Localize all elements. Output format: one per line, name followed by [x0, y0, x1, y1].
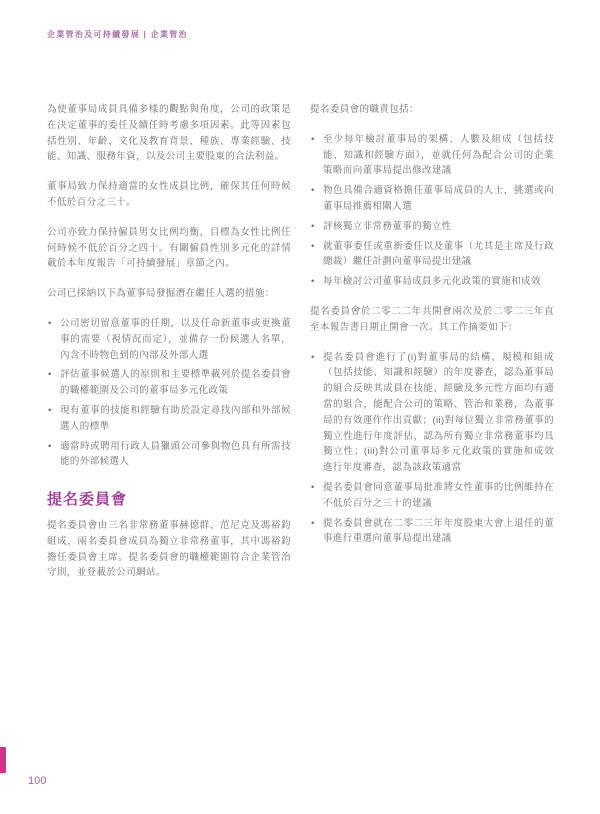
list-item-text: 至少每年檢討董事局的架構、人數及組成（包括技能、知識和經驗方面），並就任何為配合…: [323, 134, 554, 177]
paragraph-meetings: 提名委員會於二零二二年共開會兩次及於二零二三年直至本報告書日期止開會一次。其工作…: [310, 304, 554, 336]
list-item-text: 提名委員會就在二零二三年年度股東大會上退任的董事進行重選向董事局提出建議: [323, 518, 554, 545]
paragraph-duties-intro: 提名委員會的職責包括：: [310, 102, 554, 118]
list-item: 就董事委任或重新委任以及董事（尤其是主席及行政總裁）繼任計劃向董事局提出建議: [310, 239, 554, 271]
accent-bar: [0, 747, 6, 773]
page-content: 為使董事局成員具備多樣的觀點與角度，公司的政策是在決定董事的委任及續任時考慮多項…: [47, 102, 554, 595]
list-item: 至少每年檢討董事局的架構、人數及組成（包括技能、知識和經驗方面），並就任何為配合…: [310, 132, 554, 179]
list-item-text: 提名委員會進行了(i)對董事局的結構、規模和組成（包括技能、知識和經驗）的年度審…: [323, 352, 554, 474]
list-item-text: 適當時或聘用行政人員獵頭公司參與物色具有所需技能的外部候選人: [60, 441, 291, 468]
list-item: 提名委員會進行了(i)對董事局的結構、規模和組成（包括技能、知識和經驗）的年度審…: [310, 350, 554, 476]
list-item-text: 就董事委任或重新委任以及董事（尤其是主席及行政總裁）繼任計劃向董事局提出建議: [323, 241, 554, 268]
list-item-text: 評估董事候選人的原則和主要標準載列於提名委員會的職權範圍及公司的董事局多元化政策: [60, 369, 291, 396]
right-column: 提名委員會的職責包括： 至少每年檢討董事局的架構、人數及組成（包括技能、知識和經…: [310, 102, 554, 595]
list-item-text: 物色具備合適資格擔任董事局成員的人士，挑選或向董事局推薦相關人選: [323, 185, 554, 212]
work-summary-list: 提名委員會進行了(i)對董事局的結構、規模和組成（包括技能、知識和經驗）的年度審…: [310, 350, 554, 548]
list-item-text: 每年檢討公司董事局成員多元化政策的實施和成效: [323, 276, 541, 287]
paragraph-succession-intro: 公司已採納以下為董事局發掘潛在繼任人選的措施：: [47, 286, 291, 302]
list-item: 評核獨立非常務董事的獨立性: [310, 219, 554, 235]
paragraph-employee-gender-balance: 公司亦致力保持僱員男女比例均衡，目標為女性比例任何時候不低於百分之四十。有關僱員…: [47, 225, 291, 272]
page-header: 企業管治及可持續發展 | 企業管治: [47, 29, 188, 40]
list-item-text: 公司密切留意董事的任期，以及任命新董事或更換董事的需要（視情況而定），並備存一份…: [60, 318, 291, 361]
left-column: 為使董事局成員具備多樣的觀點與角度，公司的政策是在決定董事的委任及續任時考慮多項…: [47, 102, 291, 595]
header-breadcrumb: 企業管治及可持續發展 | 企業管治: [47, 30, 188, 39]
list-item: 物色具備合適資格擔任董事局成員的人士，挑選或向董事局推薦相關人選: [310, 183, 554, 215]
section-heading-nomination-committee: 提名委員會: [47, 492, 291, 508]
duties-list: 至少每年檢討董事局的架構、人數及組成（包括技能、知識和經驗方面），並就任何為配合…: [310, 132, 554, 290]
list-item-text: 評核獨立非常務董事的獨立性: [323, 221, 452, 232]
page-number: 100: [28, 775, 46, 787]
list-item: 提名委員會同意董事局批准將女性董事的比例維持在不低於百分之三十的建議: [310, 480, 554, 512]
list-item: 適當時或聘用行政人員獵頭公司參與物色具有所需技能的外部候選人: [47, 439, 291, 471]
list-item: 公司密切留意董事的任期，以及任命新董事或更換董事的需要（視情況而定），並備存一份…: [47, 316, 291, 363]
list-item-text: 現有董事的技能和經驗有助於設定尋找內部和外部候選人的標準: [60, 405, 291, 432]
list-item: 評估董事候選人的原則和主要標準載列於提名委員會的職權範圍及公司的董事局多元化政策: [47, 367, 291, 399]
list-item-text: 提名委員會同意董事局批准將女性董事的比例維持在不低於百分之三十的建議: [323, 482, 554, 509]
succession-measures-list: 公司密切留意董事的任期，以及任命新董事或更換董事的需要（視情況而定），並備存一份…: [47, 316, 291, 470]
report-page: 企業管治及可持續發展 | 企業管治 為使董事局成員具備多樣的觀點與角度，公司的政…: [0, 0, 600, 814]
paragraph-committee-composition: 提名委員會由三名非常務董事赫德群、范尼克及馮裕鈞組成，兩名委員會成員為獨立非常務…: [47, 518, 291, 581]
list-item: 提名委員會就在二零二三年年度股東大會上退任的董事進行重選向董事局提出建議: [310, 516, 554, 548]
paragraph-board-female-ratio: 董事局致力保持適當的女性成員比例，確保其任何時候不低於百分之三十。: [47, 179, 291, 211]
list-item: 每年檢討公司董事局成員多元化政策的實施和成效: [310, 274, 554, 290]
paragraph-diversity-policy: 為使董事局成員具備多樣的觀點與角度，公司的政策是在決定董事的委任及續任時考慮多項…: [47, 102, 291, 165]
list-item: 現有董事的技能和經驗有助於設定尋找內部和外部候選人的標準: [47, 403, 291, 435]
